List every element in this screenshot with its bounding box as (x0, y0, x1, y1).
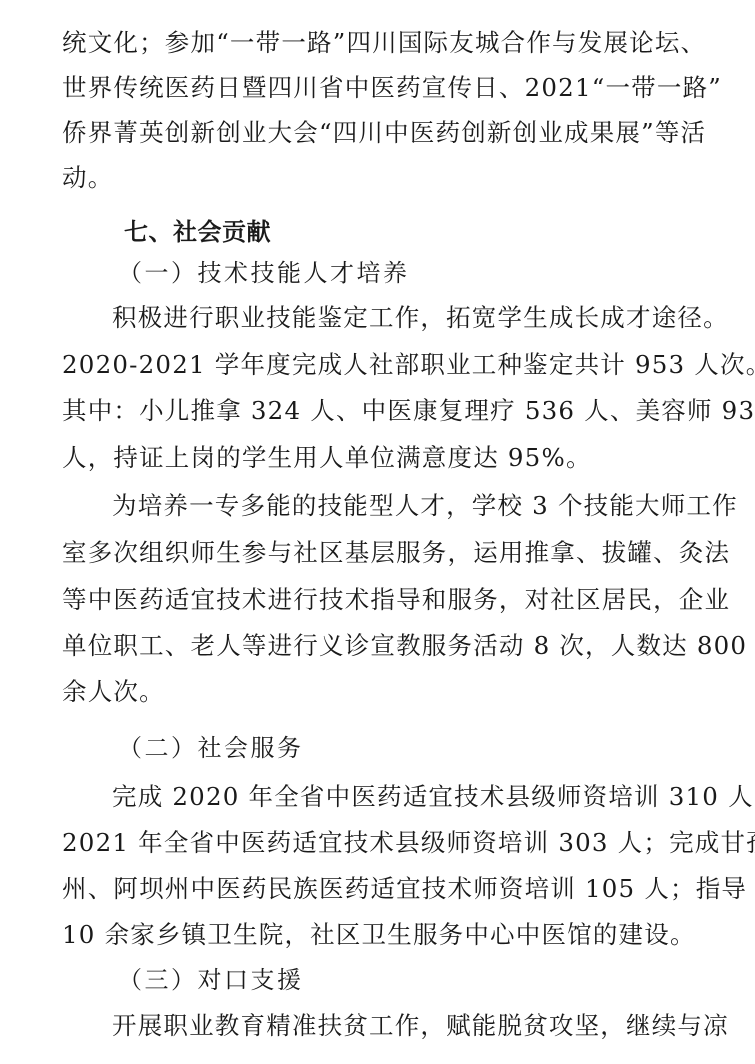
paragraph-line: 动。 (62, 163, 702, 193)
paragraph-line: 室多次组织师生参与社区基层服务，运用推拿、拔罐、灸法 (62, 538, 702, 568)
paragraph-line: 单位职工、老人等进行义诊宣教服务活动 8 次，人数达 800 (62, 631, 702, 661)
paragraph-line: 为培养一专多能的技能型人才，学校 3 个技能大师工作 (112, 491, 702, 521)
paragraph-line: 2020-2021 学年度完成人社部职业工种鉴定共计 953 人次。 (62, 350, 702, 380)
subsection-heading: （三）对口支援 (118, 965, 755, 995)
section-heading: 七、社会贡献 (124, 217, 755, 247)
paragraph-line: 10 余家乡镇卫生院，社区卫生服务中心中医馆的建设。 (62, 920, 702, 950)
paragraph-line: 等中医药适宜技术进行技术指导和服务，对社区居民，企业 (62, 585, 702, 615)
paragraph-line: 人，持证上岗的学生用人单位满意度达 95%。 (62, 443, 702, 473)
paragraph-line: 侨界菁英创新创业大会“四川中医药创新创业成果展”等活 (62, 118, 702, 148)
paragraph-line: 余人次。 (62, 677, 702, 707)
paragraph-line: 统文化；参加“一带一路”四川国际友城合作与发展论坛、 (62, 28, 702, 58)
paragraph-line: 2021 年全省中医药适宜技术县级师资培训 303 人；完成甘孜 (62, 828, 702, 858)
paragraph-line: 完成 2020 年全省中医药适宜技术县级师资培训 310 人， (112, 782, 752, 812)
paragraph-line: 开展职业教育精准扶贫工作，赋能脱贫攻坚，继续与凉 (112, 1011, 752, 1041)
subsection-heading: （二）社会服务 (118, 733, 755, 763)
subsection-heading: （一）技术技能人才培养 (118, 258, 755, 288)
paragraph-line: 积极进行职业技能鉴定工作，拓宽学生成长成才途径。 (112, 303, 752, 333)
paragraph-line: 州、阿坝州中医药民族医药适宜技术师资培训 105 人；指导 (62, 874, 702, 904)
document-page: 统文化；参加“一带一路”四川国际友城合作与发展论坛、 世界传统医药日暨四川省中医… (0, 0, 755, 1064)
paragraph-line: 其中：小儿推拿 324 人、中医康复理疗 536 人、美容师 93 (62, 396, 702, 426)
paragraph-line: 世界传统医药日暨四川省中医药宣传日、2021“一带一路” (62, 73, 702, 103)
